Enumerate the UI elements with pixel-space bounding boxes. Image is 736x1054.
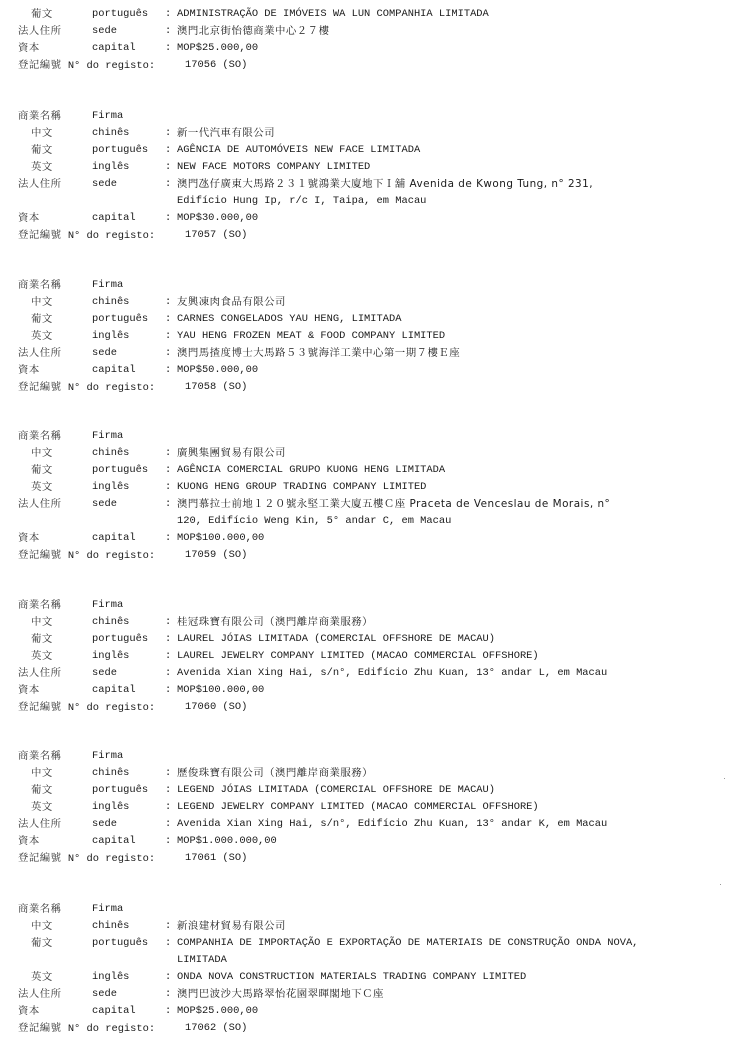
registo-number: 17062 (SO) xyxy=(185,1020,247,1037)
portuguese-name: LEGEND JÓIAS LIMITADA (COMERCIAL OFFSHOR… xyxy=(177,782,495,799)
label-pt: sede xyxy=(92,496,117,513)
label-pt: Firma xyxy=(92,428,123,445)
label-zh: 中文 xyxy=(31,765,53,782)
registo-number: 17061 (SO) xyxy=(185,850,247,867)
label-zh: 資本 xyxy=(18,1003,40,1020)
portuguese-name: AGÊNCIA COMERCIAL GRUPO KUONG HENG LIMIT… xyxy=(177,462,445,479)
separator: : xyxy=(165,935,171,952)
capital-value: MOP$100.000,00 xyxy=(177,682,264,699)
label-zh: 資本 xyxy=(18,682,40,699)
label-zh: 商業名稱 xyxy=(18,277,62,294)
separator: : xyxy=(165,665,171,682)
label-pt: Firma xyxy=(92,901,123,918)
separator: : xyxy=(165,6,171,23)
label-pt: sede xyxy=(92,23,117,40)
label-zh: 中文 xyxy=(31,445,53,462)
separator: : xyxy=(165,210,171,227)
label-zh: 資本 xyxy=(18,362,40,379)
label-pt: sede xyxy=(92,986,117,1003)
label-zh: 登記編號 xyxy=(18,381,62,393)
label-zh: 法人住所 xyxy=(18,176,62,193)
label-pt: N° do registo: xyxy=(68,550,155,562)
separator: : xyxy=(165,799,171,816)
label-pt: português xyxy=(92,311,148,328)
label-pt: sede xyxy=(92,176,117,193)
label-pt: inglês xyxy=(92,328,129,345)
label-zh: 中文 xyxy=(31,918,53,935)
chinese-name: 新浪建材貿易有限公司 xyxy=(177,920,286,932)
label-zh: 商業名稱 xyxy=(18,108,62,125)
label-pt: N° do registo: xyxy=(68,60,155,72)
chinese-name: 廣興集團貿易有限公司 xyxy=(177,447,286,459)
portuguese-name-line2: LIMITADA xyxy=(177,952,227,969)
label-zh: 商業名稱 xyxy=(18,428,62,445)
separator: : xyxy=(165,614,171,631)
chinese-name: 友興凍肉食品有限公司 xyxy=(177,296,286,308)
label-zh: 葡文 xyxy=(31,142,53,159)
label-pt: inglês xyxy=(92,648,129,665)
label-zh: 中文 xyxy=(31,614,53,631)
portuguese-name: LAUREL JÓIAS LIMITADA (COMERCIAL OFFSHOR… xyxy=(177,631,495,648)
separator: : xyxy=(165,40,171,57)
chinese-name: 歷俊珠寶有限公司（澳門離岸商業服務） xyxy=(177,767,373,779)
label-pt: capital xyxy=(92,530,136,547)
registo-number: 17059 (SO) xyxy=(185,547,247,564)
separator: : xyxy=(165,176,171,193)
label-pt: chinês xyxy=(92,445,129,462)
label-pt: capital xyxy=(92,682,136,699)
separator: : xyxy=(165,345,171,362)
separator: : xyxy=(165,496,171,513)
label-zh: 葡文 xyxy=(31,935,53,952)
label-zh: 法人住所 xyxy=(18,665,62,682)
separator: : xyxy=(165,782,171,799)
label-pt: sede xyxy=(92,665,117,682)
separator: : xyxy=(165,462,171,479)
sede-address: 澳門北京街怡德商業中心２７樓 xyxy=(177,25,329,37)
label-zh: 英文 xyxy=(31,648,53,665)
capital-value: MOP$1.000.000,00 xyxy=(177,833,277,850)
label-pt: capital xyxy=(92,362,136,379)
english-name: LAUREL JEWELRY COMPANY LIMITED (MACAO CO… xyxy=(177,648,539,665)
label-zh: 英文 xyxy=(31,969,53,986)
label-zh: 葡文 xyxy=(31,631,53,648)
separator: : xyxy=(165,445,171,462)
label-zh: 登記編號 xyxy=(18,701,62,713)
label-pt: Firma xyxy=(92,748,123,765)
capital-value: MOP$100.000,00 xyxy=(177,530,264,547)
separator: : xyxy=(165,648,171,665)
english-name: ONDA NOVA CONSTRUCTION MATERIALS TRADING… xyxy=(177,969,526,986)
capital-value: MOP$25.000,00 xyxy=(177,1003,258,1020)
portuguese-name: CARNES CONGELADOS YAU HENG, LIMITADA xyxy=(177,311,401,328)
label-zh: 法人住所 xyxy=(18,23,62,40)
label-pt: chinês xyxy=(92,765,129,782)
label-zh: 英文 xyxy=(31,799,53,816)
label-zh: 法人住所 xyxy=(18,496,62,513)
separator: : xyxy=(165,125,171,142)
separator: : xyxy=(165,479,171,496)
label-zh: 商業名稱 xyxy=(18,748,62,765)
registo-number: 17058 (SO) xyxy=(185,379,247,396)
label-zh: 資本 xyxy=(18,833,40,850)
separator: : xyxy=(165,765,171,782)
label-pt: português xyxy=(92,935,148,952)
label-zh: 法人住所 xyxy=(18,816,62,833)
label-zh: 資本 xyxy=(18,210,40,227)
sede-address: 澳門巴波沙大馬路翠怡花園翠暉閣地下Ｃ座 xyxy=(177,988,384,1000)
label-zh: 葡文 xyxy=(31,311,53,328)
label-pt: Firma xyxy=(92,277,123,294)
label-pt: N° do registo: xyxy=(68,382,155,394)
label-zh: 葡文 xyxy=(31,462,53,479)
label-zh: 商業名稱 xyxy=(18,597,62,614)
separator: : xyxy=(165,142,171,159)
label-zh: 葡文 xyxy=(31,782,53,799)
label-zh: 葡文 xyxy=(31,6,53,23)
capital-value: MOP$25.000,00 xyxy=(177,40,258,57)
separator: : xyxy=(165,311,171,328)
label-pt: Firma xyxy=(92,108,123,125)
capital-value: MOP$50.000,00 xyxy=(177,362,258,379)
label-pt: capital xyxy=(92,833,136,850)
label-zh: 英文 xyxy=(31,328,53,345)
label-zh: 登記編號 xyxy=(18,229,62,241)
label-pt: português xyxy=(92,142,148,159)
separator: : xyxy=(165,362,171,379)
label-pt: inglês xyxy=(92,479,129,496)
registo-number: 17056 (SO) xyxy=(185,57,247,74)
label-zh: 法人住所 xyxy=(18,986,62,1003)
label-zh: 登記編號 xyxy=(18,1022,62,1034)
label-pt: N° do registo: xyxy=(68,702,155,714)
label-pt: N° do registo: xyxy=(68,1023,155,1035)
label-pt: capital xyxy=(92,1003,136,1020)
label-pt: chinês xyxy=(92,614,129,631)
label-zh: 中文 xyxy=(31,294,53,311)
separator: : xyxy=(165,631,171,648)
label-zh: 英文 xyxy=(31,159,53,176)
separator: : xyxy=(165,294,171,311)
sede-address-line1: 澳門氹仔廣東大馬路２３１號鴻業大廈地下Ｉ舖 Avenida de Kwong T… xyxy=(177,178,593,190)
separator: : xyxy=(165,1003,171,1020)
chinese-name: 新一代汽車有限公司 xyxy=(177,127,275,139)
label-zh: 資本 xyxy=(18,40,40,57)
label-pt: português xyxy=(92,782,148,799)
registo-number: 17060 (SO) xyxy=(185,699,247,716)
label-zh: 英文 xyxy=(31,479,53,496)
sede-address-line2: 120, Edifício Weng Kin, 5° andar C, em M… xyxy=(177,513,451,530)
label-zh: 登記編號 xyxy=(18,852,62,864)
label-pt: chinês xyxy=(92,125,129,142)
label-pt: Firma xyxy=(92,597,123,614)
label-pt: sede xyxy=(92,345,117,362)
sede-address: 澳門馬揸度博士大馬路５３號海洋工業中心第一期７樓Ｅ座 xyxy=(177,347,460,359)
english-name: KUONG HENG GROUP TRADING COMPANY LIMITED xyxy=(177,479,426,496)
scan-artifact xyxy=(724,778,725,779)
separator: : xyxy=(165,159,171,176)
label-zh: 商業名稱 xyxy=(18,901,62,918)
capital-value: MOP$30.000,00 xyxy=(177,210,258,227)
portuguese-name: ADMINISTRAÇÃO DE IMÓVEIS WA LUN COMPANHI… xyxy=(177,6,489,23)
sede-address: Avenida Xian Xing Hai, s/n°, Edifício Zh… xyxy=(177,816,607,833)
label-pt: capital xyxy=(92,210,136,227)
label-zh: 法人住所 xyxy=(18,345,62,362)
label-zh: 登記編號 xyxy=(18,59,62,71)
registo-number: 17057 (SO) xyxy=(185,227,247,244)
label-pt: N° do registo: xyxy=(68,853,155,865)
label-zh: 資本 xyxy=(18,530,40,547)
label-pt: chinês xyxy=(92,918,129,935)
label-pt: inglês xyxy=(92,969,129,986)
portuguese-name-line1: COMPANHIA DE IMPORTAÇÃO E EXPORTAÇÃO DE … xyxy=(177,935,638,952)
separator: : xyxy=(165,530,171,547)
english-name: LEGEND JEWELRY COMPANY LIMITED (MACAO CO… xyxy=(177,799,539,816)
separator: : xyxy=(165,328,171,345)
sede-address-line1: 澳門慕拉士前地１２０號永堅工業大廈五樓Ｃ座 Praceta de Vencesl… xyxy=(177,498,610,510)
separator: : xyxy=(165,986,171,1003)
label-pt: capital xyxy=(92,40,136,57)
portuguese-name: AGÊNCIA DE AUTOMÓVEIS NEW FACE LIMITADA xyxy=(177,142,420,159)
label-pt: português xyxy=(92,462,148,479)
label-pt: inglês xyxy=(92,159,129,176)
label-pt: chinês xyxy=(92,294,129,311)
scan-artifact xyxy=(720,884,721,885)
chinese-name: 桂冠珠寶有限公司（澳門離岸商業服務） xyxy=(177,616,373,628)
separator: : xyxy=(165,682,171,699)
label-pt: sede xyxy=(92,816,117,833)
sede-address-line2: Edifício Hung Ip, r/c I, Taipa, em Macau xyxy=(177,193,426,210)
english-name: YAU HENG FROZEN MEAT & FOOD COMPANY LIMI… xyxy=(177,328,445,345)
separator: : xyxy=(165,833,171,850)
separator: : xyxy=(165,918,171,935)
separator: : xyxy=(165,816,171,833)
label-pt: N° do registo: xyxy=(68,230,155,242)
separator: : xyxy=(165,23,171,40)
label-pt: português xyxy=(92,631,148,648)
sede-address: Avenida Xian Xing Hai, s/n°, Edifício Zh… xyxy=(177,665,607,682)
label-zh: 中文 xyxy=(31,125,53,142)
label-pt: inglês xyxy=(92,799,129,816)
separator: : xyxy=(165,969,171,986)
label-zh: 登記編號 xyxy=(18,549,62,561)
label-pt: português xyxy=(92,6,148,23)
english-name: NEW FACE MOTORS COMPANY LIMITED xyxy=(177,159,370,176)
